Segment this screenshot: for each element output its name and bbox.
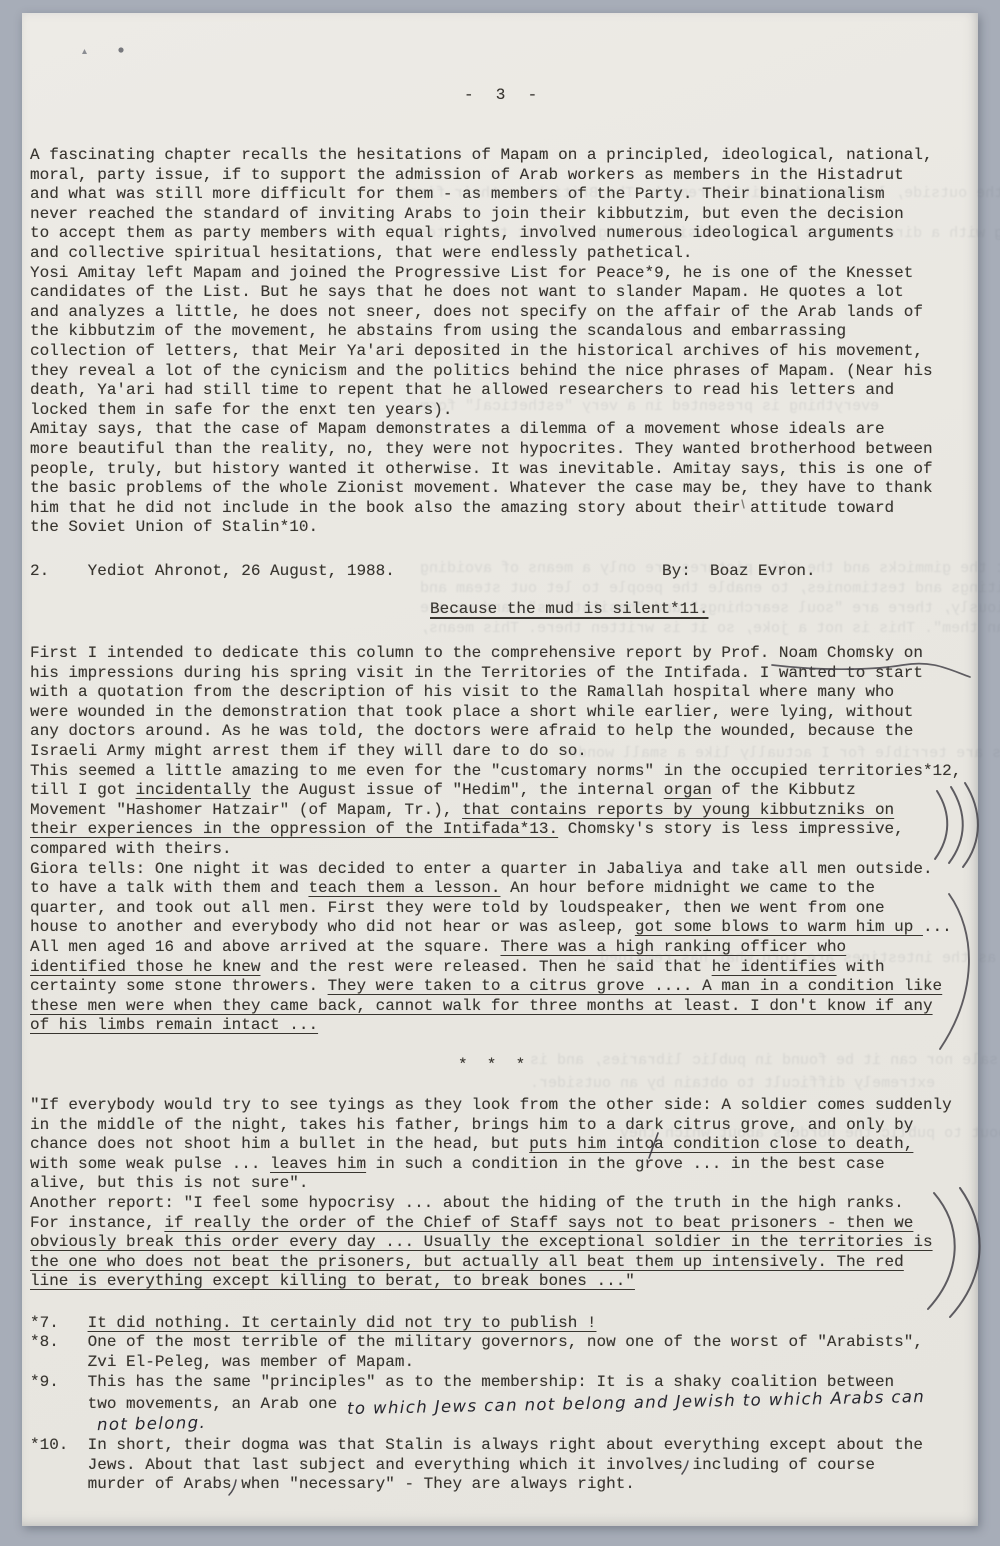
body-paragraphs-reports: "If everybody would try to see tyings as… [30,1096,952,1292]
footnote-9: *9. This has the same "principles" as to… [30,1373,925,1436]
bleed-through-text: The publication is neither on sale nor c… [530,1052,1000,1069]
section-byline: By: Boaz Evron. [662,562,816,582]
page-number: - 3 - [464,86,538,106]
bleed-through-text: extremely difficult to obtain by an outs… [530,1075,935,1092]
footnote-10: *10. In short, their dogma was that Stal… [30,1436,923,1495]
paper-sheet: - 3 - 2. Yediot Ahronot, 26 August, 1988… [22,13,978,1526]
section-separator: * * * [458,1056,525,1076]
article-title: Because the mud is silent*11. [430,600,708,620]
body-paragraphs-evron-column: First I intended to dedicate this column… [30,644,961,1036]
body-paragraphs-mapam: A fascinating chapter recalls the hesita… [30,146,933,538]
bleed-through-text: of what is said in the writings and test… [420,580,1000,597]
bleed-through-text: "still nice and more moral than them". T… [420,620,1000,637]
handwritten-annotation: not belong. [97,1413,207,1435]
section-heading: 2. Yediot Ahronot, 26 August, 1988. [30,562,395,582]
footnote-7: *7. It did nothing. It certainly did not… [30,1314,597,1334]
footnote-8: *8. One of the most terrible of the mili… [30,1333,923,1372]
